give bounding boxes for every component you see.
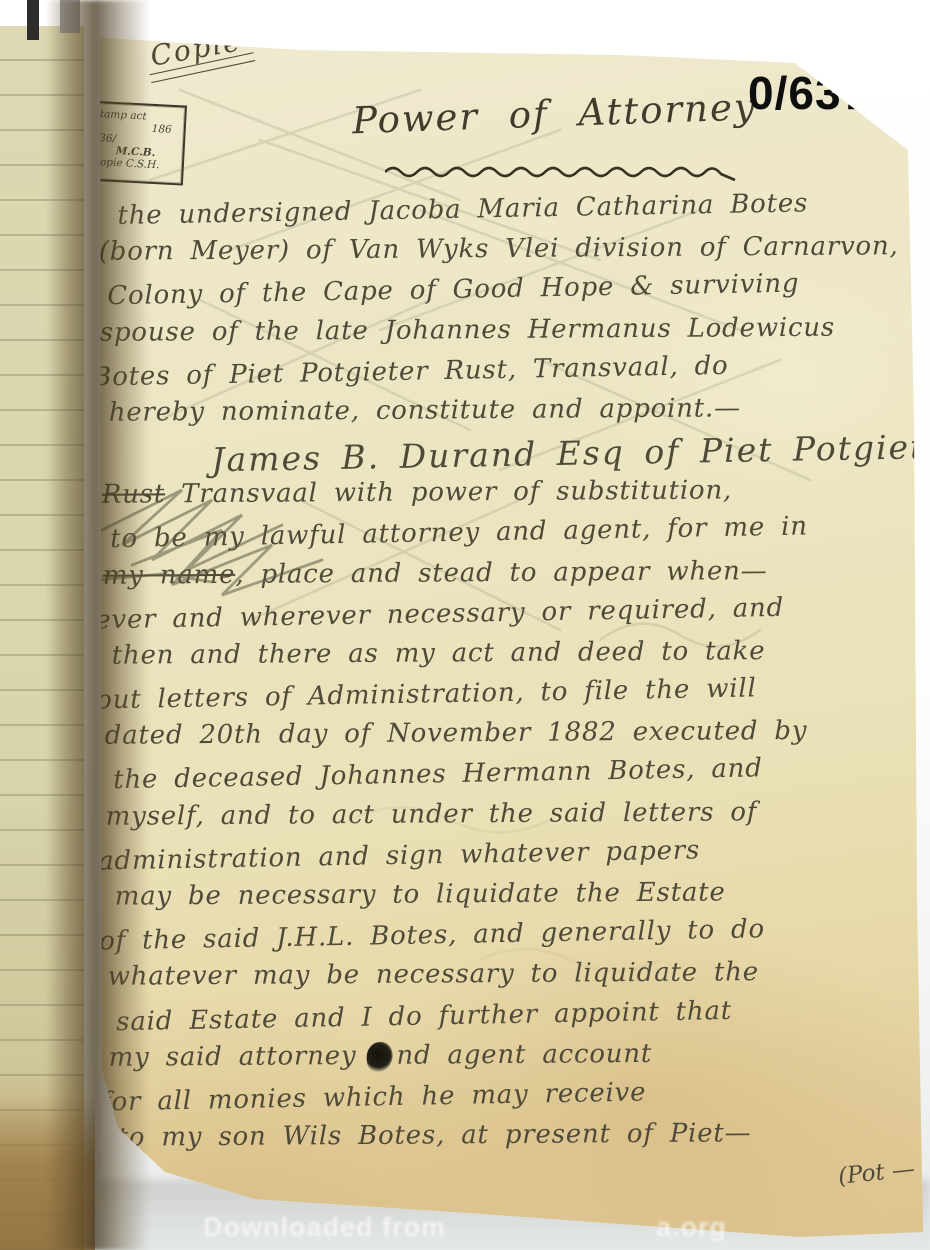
copy-annotation: Copie [148, 24, 244, 72]
line-text: Transvaal with power of substitution, [181, 476, 732, 510]
handwritten-body: I the undersigned Jacoba Maria Catharina… [90, 189, 917, 1165]
book-binding-edge [27, 0, 39, 40]
document-page: Copie stamp act 186 36/ M.C.B. Copie C.S… [0, 0, 930, 1250]
scanned-document-photo: Copie stamp act 186 36/ M.C.B. Copie C.S… [0, 0, 930, 1250]
ink-blot [366, 1042, 392, 1072]
struck-word: Rust [102, 479, 166, 509]
reference-number: 0/6379 [748, 66, 895, 120]
document-title: Power of Attorney [351, 85, 772, 143]
title-underline-squiggle [385, 160, 737, 182]
binding-clip [60, 0, 80, 33]
watermark-left: Downloaded from [203, 1212, 446, 1243]
background-ruled-page [0, 26, 84, 1250]
struck-word: my name [103, 559, 236, 590]
stamp-act-box: stamp act 186 36/ M.C.B. Copie C.S.H. [83, 100, 187, 185]
line-text: my said attorney [109, 1041, 357, 1073]
line-text: , place and stead to appear when— [235, 556, 767, 590]
catchword: (Pot — [837, 1156, 916, 1190]
watermark-right: a.org [656, 1212, 727, 1243]
site-watermark: Downloaded from a.org [0, 1212, 930, 1243]
handwritten-line: to my son Wils Botes, at present of Piet… [118, 1117, 917, 1163]
line-text: nd agent account [396, 1039, 652, 1071]
